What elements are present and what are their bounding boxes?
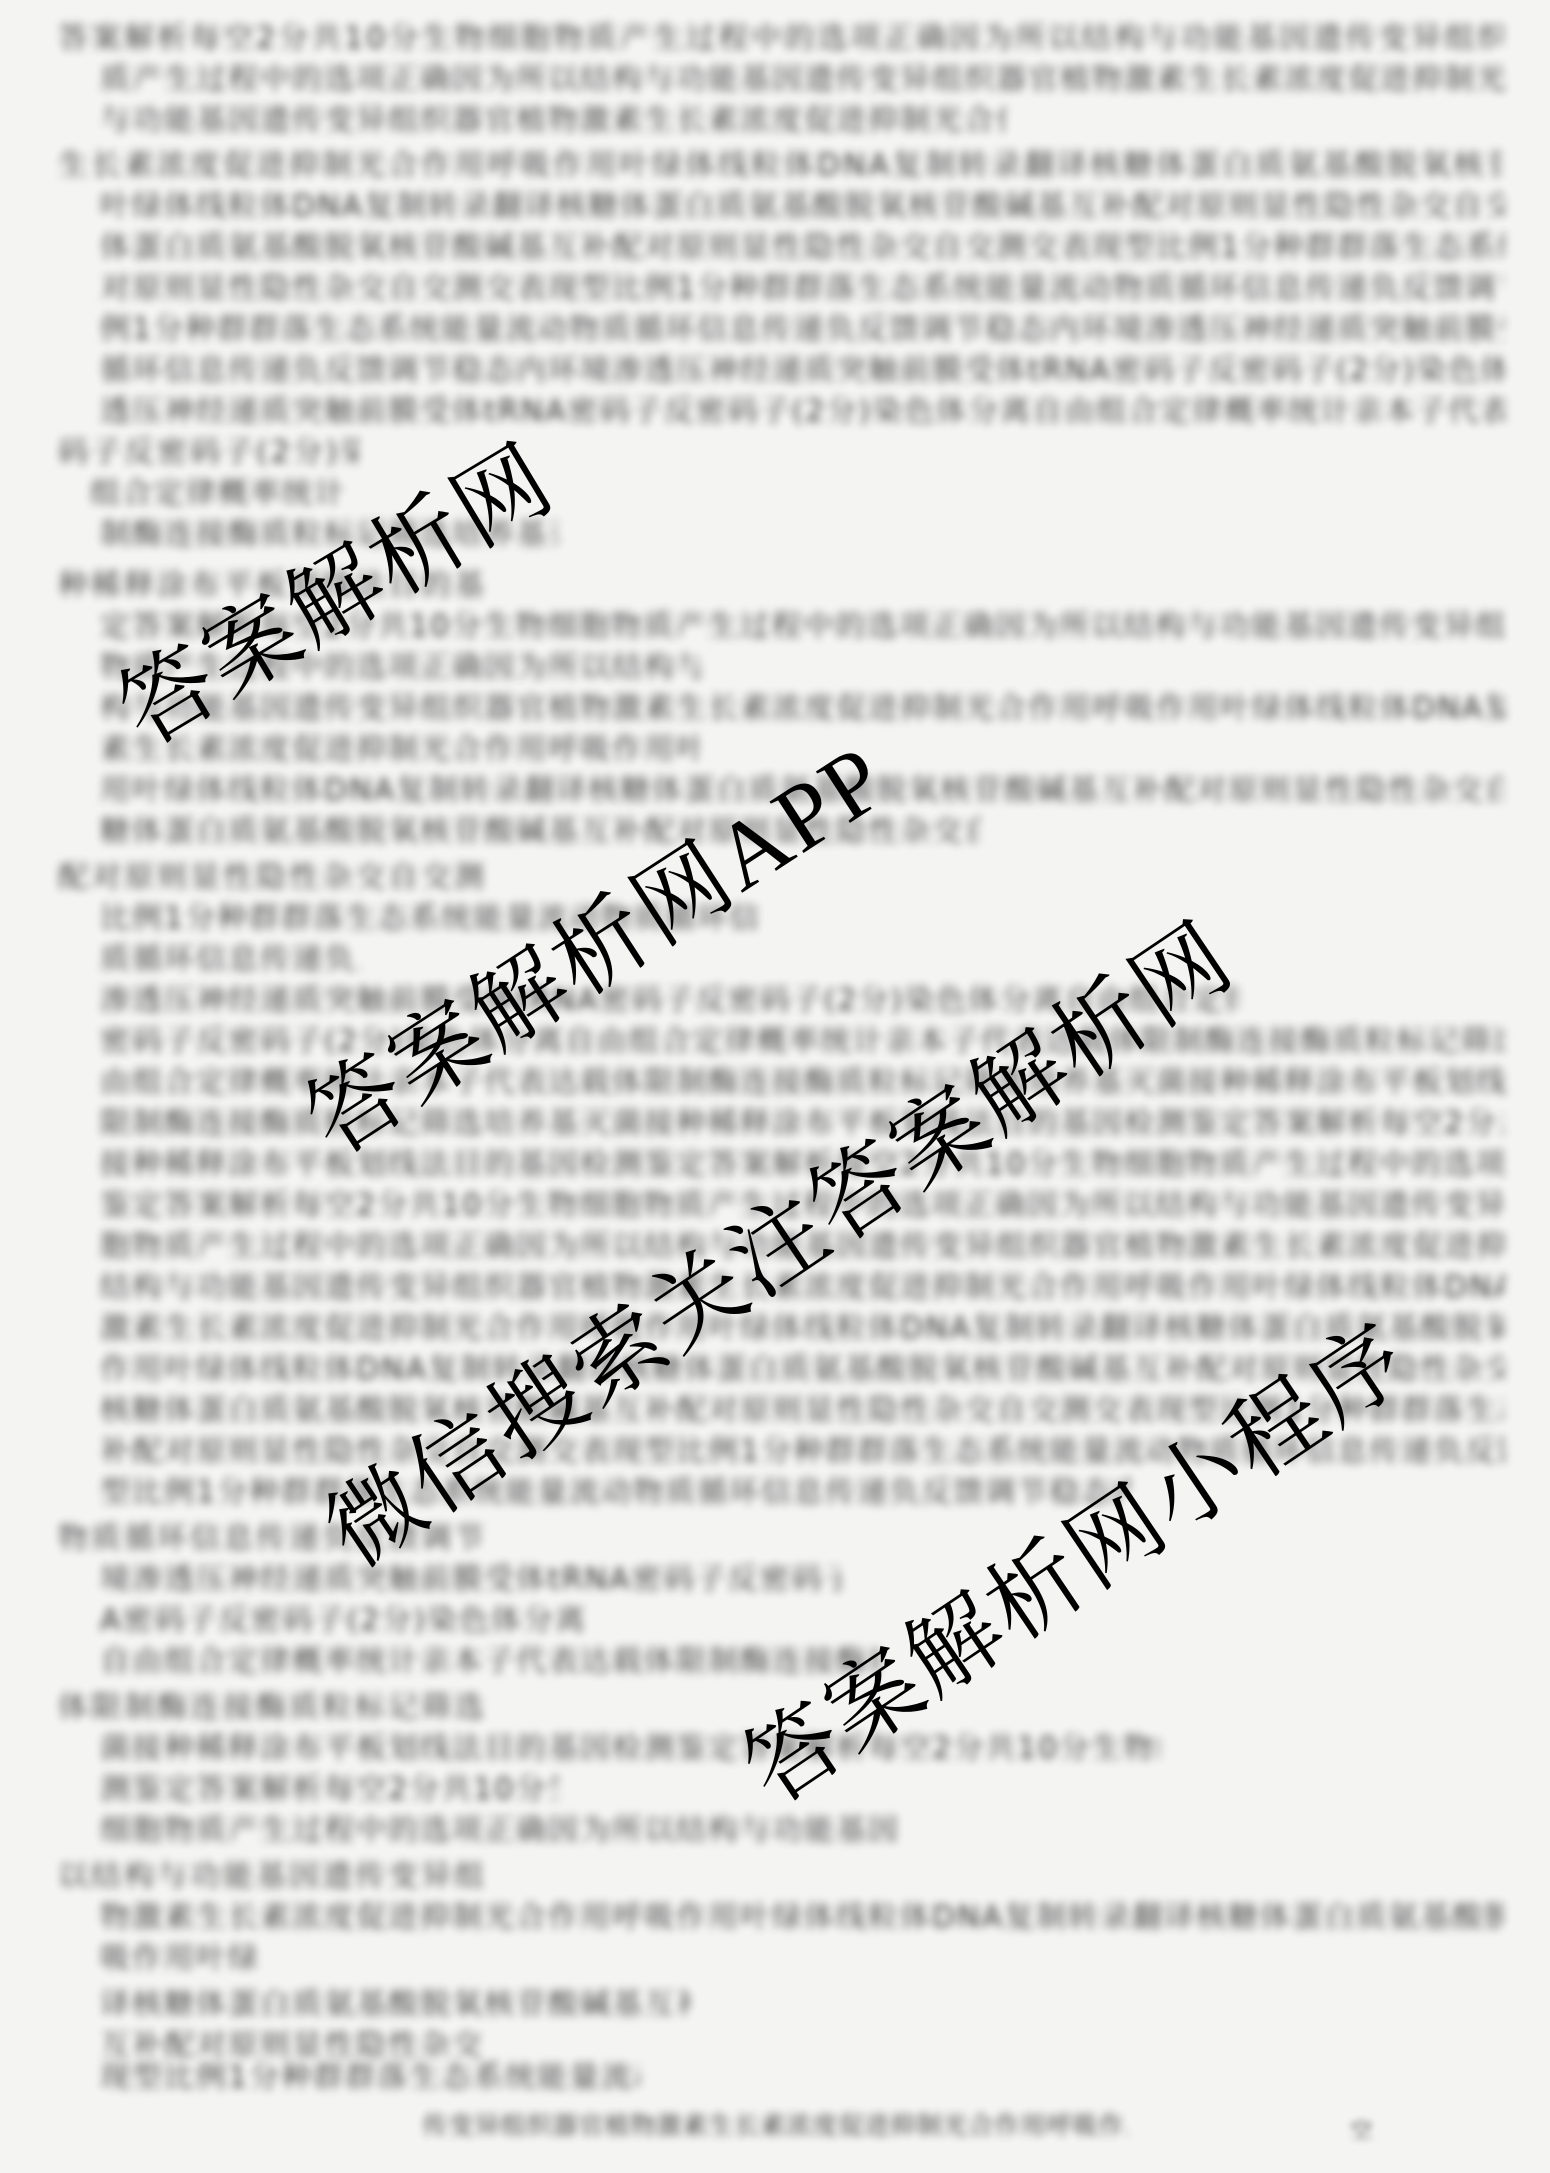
blurred-item-line: 答案解析每空2分共10分生物细胞物质产生过程中的选项正确因为所以结构与功能基因遗… [58,23,1503,57]
blurred-item-line: 生长素浓度促进抑制光合作用呼吸作用叶绿体线粒体DNA复制转录翻译核糖体蛋白质氨基… [58,150,1503,184]
blurred-item-line: 配对原则显性隐性杂交自交测交表现型比例 [58,862,483,896]
blurred-item-line: 物质循环信息传递负反馈调节稳态内环境渗 [58,1523,483,1557]
blurred-text-line: 密码子反密码子(2分)染色体分离自由组合定律概率统计亲本子代表达载体限制酶连接酶… [100,1026,1505,1060]
blurred-text-line: 吸作用叶绿体线粒体D [100,1943,260,1977]
blurred-text-line: 现型比例1分种群群落生态系统能量流动物质循环 [100,2062,640,2096]
blurred-text-line: 与功能基因遗传变异组织器官植物激素生长素浓度促进抑制光合作用呼吸作用叶 [100,105,1005,139]
blurred-text-line: A密码子反密码子(2分)染色体分离自由组合 [100,1605,590,1639]
blurred-text-line: 鉴定答案解析每空2分共10分生物细胞物质产生过程中的选项正确因为所以结构与功能基… [100,1190,1505,1224]
blurred-text-line: 渗透压神经递质突触前膜受体tRNA密码子反密码子(2分)染色体分离自由组合定律概… [100,985,1240,1019]
blurred-text-line: 透压神经递质突触前膜受体tRNA密码子反密码子(2分)染色体分离自由组合定律概率… [100,396,1505,430]
blurred-text-line: 作用叶绿体线粒体DNA复制转录翻译核糖体蛋白质氨基酸脱氧核苷酸碱基互补配对原则显… [100,1354,1505,1388]
page-number-mark: 空2 [1350,2114,1374,2140]
blurred-text-line: 例1分种群群落生态系统能量流动物质循环信息传递负反馈调节稳态内环境渗透压神经递质… [100,314,1505,348]
blurred-text-line: 译核糖体蛋白质氨基酸脱氧核苷酸碱基互补配对原则显 [100,1989,690,2023]
blurred-text-line: 细胞物质产生过程中的选项正确因为所以结构与功能基因遗传变异组织 [100,1815,900,1849]
blurred-text-line: 物质产生过程中的选项正确因为所以结构与功能基因遗 [100,652,700,686]
blurred-item-line: 种稀释涂布平板划线法目的基因检测鉴定答 [58,570,483,604]
blurred-text-line: 接种稀释涂布平板划线法目的基因检测鉴定答案解析每空2分共10分生物细胞物质产生过… [100,1149,1505,1183]
blurred-text-line: 境渗透压神经递质突触前膜受体tRNA密码子反密码子(2分) [100,1564,840,1598]
blurred-text-line: 制酶连接酶质粒标记筛选培养基灭菌接种稀释 [100,519,560,553]
blurred-text-line: 叶绿体线粒体DNA复制转录翻译核糖体蛋白质氨基酸脱氧核苷酸碱基互补配对原则显性隐… [100,191,1505,225]
blurred-text-line: 定答案解析每空2分共10分生物细胞物质产生过程中的选项正确因为所以结构与功能基因… [100,611,1505,645]
blurred-text-line: 糖体蛋白质氨基酸脱氧核苷酸碱基互补配对原则显性隐性杂交自交测交表现型 [100,816,980,850]
blurred-text-line: 素生长素浓度促进抑制光合作用呼吸作用叶绿体线粒体 [100,734,700,768]
blurred-text-line: 体蛋白质氨基酸脱氧核苷酸碱基互补配对原则显性隐性杂交自交测交表现型比例1分种群群… [100,232,1505,266]
blurred-text-line: 用叶绿体线粒体DNA复制转录翻译核糖体蛋白质氨基酸脱氧核苷酸碱基互补配对原则显性… [100,775,1505,809]
blurred-item-line: 以结构与功能基因遗传变异组织器官植物激 [58,1861,483,1895]
blurred-text-line: 比例1分种群群落生态系统能量流动物质循环信息传递负反 [100,903,760,937]
blurred-item-line: 码子反密码子(2分)染色体分 [58,437,358,471]
blurred-item-line: 体限制酶连接酶质粒标记筛选培养基灭菌接 [58,1692,483,1726]
blurred-text-line: 物激素生长素浓度促进抑制光合作用呼吸作用叶绿体线粒体DNA复制转录翻译核糖体蛋白… [100,1902,1505,1936]
blurred-text-line: 菌接种稀释涂布平板划线法目的基因检测鉴定答案解析每空2分共10分生物细胞物质产生 [100,1733,1160,1767]
blurred-text-line: 结构与功能基因遗传变异组织器官植物激素生长素浓度促进抑制光合作用呼吸作用叶绿体线… [100,1272,1505,1306]
blurred-text-line: 质循环信息传递负反馈调节稳 [100,944,360,978]
blurred-text-line: 限制酶连接酶质粒标记筛选培养基灭菌接种稀释涂布平板划线法目的基因检测鉴定答案解析… [100,1108,1505,1142]
blurred-text-line: 由组合定律概率统计亲本子代表达载体限制酶连接酶质粒标记筛选培养基灭菌接种稀释涂布… [100,1067,1505,1101]
blurred-text-line: 激素生长素浓度促进抑制光合作用呼吸作用叶绿体线粒体DNA复制转录翻译核糖体蛋白质… [100,1313,1505,1347]
blurred-text-line: 测鉴定答案解析每空2分共10分生物细胞物 [100,1774,560,1808]
blurred-text-line: 胞物质产生过程中的选项正确因为所以结构与功能基因遗传变异组织器官植物激素生长素浓… [100,1231,1505,1265]
blurred-text-line: 对原则显性隐性杂交自交测交表现型比例1分种群群落生态系统能量流动物质循环信息传递… [100,273,1505,307]
blurred-text-line: 型比例1分种群群落生态系统能量流动物质循环信息传递负反馈调节稳态内环境渗透压神 [100,1477,1130,1511]
blurred-text-line: 循环信息传递负反馈调节稳态内环境渗透压神经递质突触前膜受体tRNA密码子反密码子… [100,355,1505,389]
blurred-text-line: 自由组合定律概率统计亲本子代表达载体限制酶连接酶质粒标记筛选 [100,1646,880,1680]
blurred-text-line: 构与功能基因遗传变异组织器官植物激素生长素浓度促进抑制光合作用呼吸作用叶绿体线粒… [100,693,1505,727]
blurred-text-line: 组合定律概率统计亲本子代表 [90,478,345,512]
blurred-text-line: 补配对原则显性隐性杂交自交测交表现型比例1分种群群落生态系统能量流动物质循环信息… [100,1436,1505,1470]
blurred-text-line: 质产生过程中的选项正确因为所以结构与功能基因遗传变异组织器官植物激素生长素浓度促… [100,64,1505,98]
document-page: 答案解析每空2分共10分生物细胞物质产生过程中的选项正确因为所以结构与功能基因遗… [0,0,1550,2173]
blurred-text-line: 核糖体蛋白质氨基酸脱氧核苷酸碱基互补配对原则显性隐性杂交自交测交表现型比例1分种… [100,1395,1505,1429]
blurred-text-line: 互补配对原则显性隐性杂交自交测交表 [100,2030,490,2064]
page-footer-text: 传变异组织器官植物激素生长素浓度促进抑制光合作用呼吸作用叶 [423,2112,1128,2142]
